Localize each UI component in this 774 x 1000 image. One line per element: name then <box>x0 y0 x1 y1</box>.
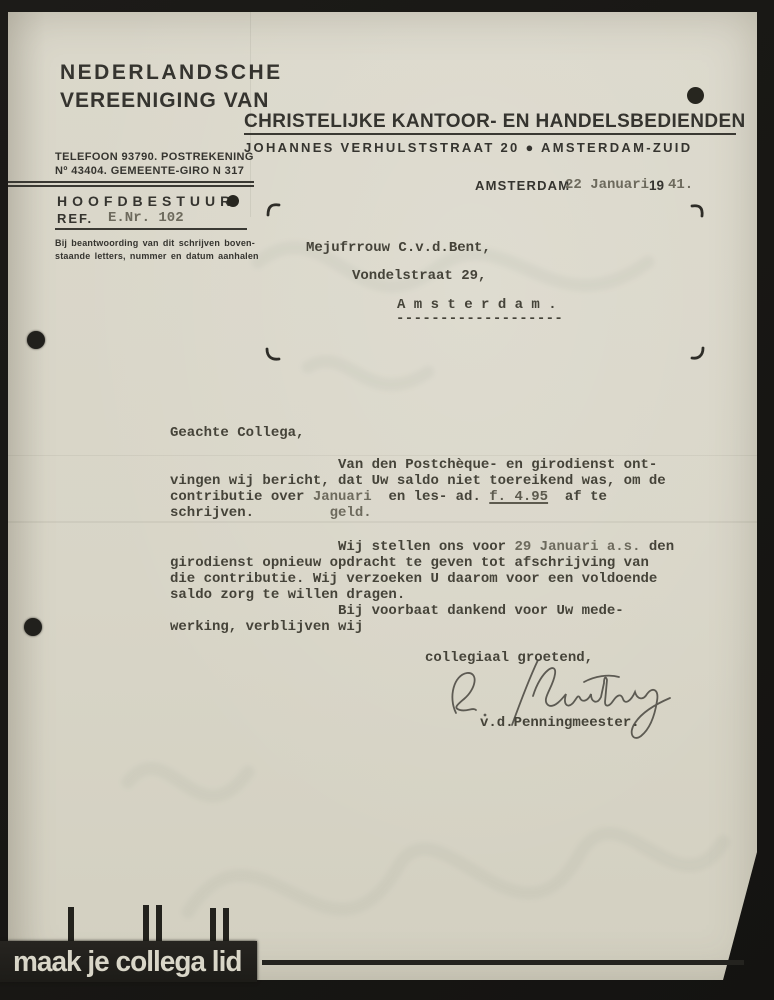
typed-segment: af te <box>548 489 607 505</box>
typed-segment: werking, verblijven wij <box>170 619 363 635</box>
typed-segment: schrijven. <box>170 505 254 521</box>
slogan-bar-5 <box>223 908 229 943</box>
typed-segment: Januari <box>313 489 372 505</box>
typed-segment: Wij stellen ons voor <box>170 539 506 555</box>
typed-segment <box>254 505 330 521</box>
typed-line: Bij voorbaat dankend voor Uw mede- <box>170 603 674 619</box>
typed-line: girodienst opnieuw opdracht te geven tot… <box>170 555 674 571</box>
signer-title: v.d.Penningmeester. <box>480 715 640 731</box>
typed-line: werking, verblijven wij <box>170 619 674 635</box>
typed-line: saldo zorg te willen dragen. <box>170 587 674 603</box>
footer-rule <box>262 960 744 965</box>
slogan-bar-1 <box>68 907 74 943</box>
left-double-rule-top <box>8 181 254 183</box>
typed-line: schrijven. geld. <box>170 505 666 521</box>
scanned-letter: NEDERLANDSCHE VEREENIGING VAN CHRISTELIJ… <box>0 0 774 1000</box>
slogan-bar-3 <box>156 905 162 943</box>
typed-line: contributie over Januari en les- ad. f. … <box>170 489 666 505</box>
reply-note-line2: staande letters, nummer en datum aanhale… <box>55 251 259 261</box>
letter-paper: NEDERLANDSCHE VEREENIGING VAN CHRISTELIJ… <box>8 12 757 980</box>
typed-segment: die contributie. Wij verzoeken U daarom … <box>170 571 657 587</box>
punch-hole-top <box>27 331 45 349</box>
ref-underline <box>55 228 247 230</box>
street-address-line: JOHANNES VERHULSTSTRAAT 20 ● AMSTERDAM-Z… <box>244 140 692 155</box>
heading-underline <box>244 133 736 135</box>
ref-value: E.Nr. 102 <box>108 210 184 226</box>
org-name-line1: NEDERLANDSCHE <box>60 61 283 85</box>
dateline-city: AMSTERDAM <box>475 178 570 193</box>
typed-segment: geld. <box>330 505 372 521</box>
letterhead-dot-icon <box>687 87 704 104</box>
slogan-bar-2 <box>143 905 149 943</box>
left-double-rule-bottom <box>8 185 254 187</box>
paragraph-1: Van den Postchèque- en girodienst ont-vi… <box>170 457 666 521</box>
recipient-city-underline: ------------------- <box>396 311 563 327</box>
org-name-line3: CHRISTELIJKE KANTOOR- EN HANDELSBEDIENDE… <box>244 111 746 133</box>
phone-line2: Nº 43404. GEMEENTE-GIRO N 317 <box>55 165 244 177</box>
dateline-century: 19 <box>649 178 664 193</box>
footer-slogan-band: maak je collega lid <box>0 941 257 982</box>
reply-note-line1: Bij beantwoording van dit schrijven bove… <box>55 238 255 248</box>
typed-line: vingen wij bericht, dat Uw saldo niet to… <box>170 473 666 489</box>
org-name-line2: VEREENIGING VAN <box>60 89 269 113</box>
slogan-bar-4 <box>210 908 216 943</box>
salutation: Geachte Collega, <box>170 425 304 441</box>
department-dot-icon <box>227 195 239 207</box>
typed-line: die contributie. Wij verzoeken U daarom … <box>170 571 674 587</box>
department-label: HOOFDBESTUUR <box>57 193 235 209</box>
typed-segment: Van den Postchèque- en girodienst ont- <box>170 457 657 473</box>
recipient-street: Vondelstraat 29, <box>352 268 486 284</box>
signature-handwriting <box>438 655 688 750</box>
typed-segment: den <box>640 539 674 555</box>
footer-slogan: maak je collega lid <box>0 941 257 983</box>
typed-segment: Bij voorbaat dankend voor Uw mede- <box>170 603 624 619</box>
ref-label: REF. <box>57 211 93 226</box>
punch-hole-bottom <box>24 618 42 636</box>
dateline-year: 41. <box>668 177 693 193</box>
typed-line: Wij stellen ons voor 29 Januari a.s. den <box>170 539 674 555</box>
typed-segment: vingen wij bericht, dat Uw saldo niet to… <box>170 473 666 489</box>
recipient-name: Mejufrrouw C.v.d.Bent, <box>306 240 491 256</box>
typed-segment: contributie over <box>170 489 313 505</box>
paragraph-2: Wij stellen ons voor 29 Januari a.s. den… <box>170 539 674 635</box>
typed-segment: 29 Januari a.s. <box>506 539 640 555</box>
typed-segment: f. 4.95 <box>489 489 548 505</box>
typed-segment: en les- ad. <box>372 489 490 505</box>
typed-segment: saldo zorg te willen dragen. <box>170 587 405 603</box>
phone-line1: TELEFOON 93790. POSTREKENING <box>55 151 254 163</box>
typed-segment: girodienst opnieuw opdracht te geven tot… <box>170 555 649 571</box>
typed-line: Van den Postchèque- en girodienst ont- <box>170 457 666 473</box>
dateline-day-month: 22 Januari <box>565 177 649 193</box>
